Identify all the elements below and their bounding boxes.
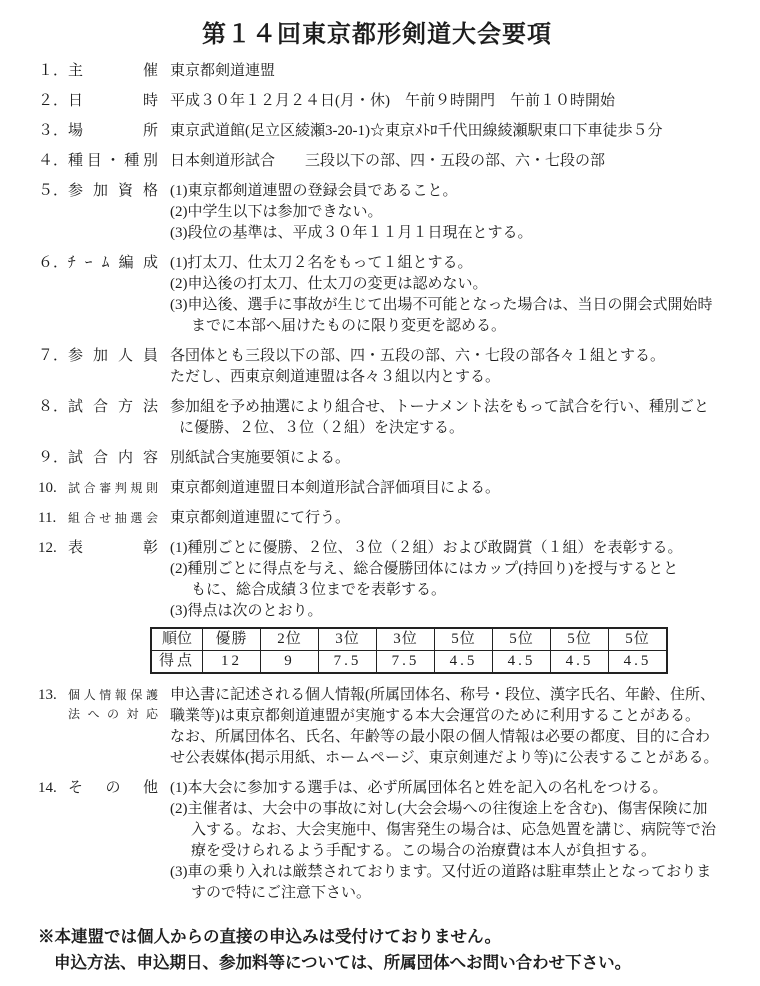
content-line: 東京都剣道連盟日本剣道形試合評価項目による。 (170, 478, 746, 499)
item-11-draw-meeting: 11. 組合せ抽選会 東京都剣道連盟にて行う。 (38, 508, 746, 529)
content-line: (3)段位の基準は、平成３０年１１月１日現在とする。 (170, 223, 746, 244)
item-label: 試合方法 (68, 397, 158, 439)
item-content: 東京武道館(足立区綾瀬3-20-1)☆東京ﾒﾄﾛ千代田線綾瀬駅東口下車徒歩５分 (170, 121, 746, 142)
content-line: もに、総合成績３位までを表彰する。 (170, 580, 746, 601)
content-line: までに本部へ届けたものに限り変更を認める。 (170, 316, 746, 337)
item-number: 12. (38, 538, 68, 676)
score-table-cell: 2位 (261, 628, 319, 651)
content-line: 職業等)は東京都剣道連盟が実施する本大会運営のために利用することがある。 (170, 706, 746, 727)
item-5-eligibility: ５． 参加資格 (1)東京都剣道連盟の登録会員であること。 (2)中学生以下は参… (38, 181, 746, 244)
item-8-match-method: ８． 試合方法 参加組を予め抽選により組合せ、トーナメント法をもって試合を行い、… (38, 397, 746, 439)
content-line: 東京武道館(足立区綾瀬3-20-1)☆東京ﾒﾄﾛ千代田線綾瀬駅東口下車徒歩５分 (170, 121, 746, 142)
score-table-cell: 得点 (151, 651, 203, 674)
content-line: (1)打太刀、仕太刀２名をもって１組とする。 (170, 253, 746, 274)
score-table-points-row: 得点 12 9 7.5 7.5 4.5 4.5 4.5 4.5 (151, 651, 667, 674)
item-label: その他 (68, 778, 158, 904)
item-content: (1)東京都剣道連盟の登録会員であること。 (2)中学生以下は参加できない。 (… (170, 181, 746, 244)
content-line: 申込書に記述される個人情報(所属団体名、称号・段位、漢字氏名、年齢、住所、 (170, 685, 746, 706)
item-content: 参加組を予め抽選により組合せ、トーナメント法をもって試合を行い、種別ごと に優勝… (170, 397, 746, 439)
item-number: 14. (38, 778, 68, 904)
score-table-cell: 順位 (151, 628, 203, 651)
item-label-line2: 法への対応 (68, 704, 158, 723)
item-label: ﾁｰﾑ編成 (68, 253, 158, 337)
item-14-other: 14. その他 (1)本大会に参加する選手は、必ず所属団体名と姓を記入の名札をつ… (38, 778, 746, 904)
item-label: 場所 (68, 121, 158, 142)
item-number: ６． (38, 253, 68, 337)
document-page: 第１４回東京都形剣道大会要項 １． 主催 東京都剣道連盟 ２． 日時 平成３０年… (0, 0, 760, 976)
content-line: (3)得点は次のとおり。 (170, 601, 746, 622)
item-13-personal-info: 13. 個人情報保護 法への対応 申込書に記述される個人情報(所属団体名、称号・… (38, 685, 746, 769)
score-table-cell: 5位 (551, 628, 609, 651)
footer-note: ※本連盟では個人からの直接の申込みは受付けておりません。 申込方法、申込期日、参… (38, 924, 746, 976)
content-line: 東京都剣道連盟にて行う。 (170, 508, 746, 529)
item-number: ８． (38, 397, 68, 439)
item-12-awards: 12. 表彰 (1)種別ごとに優勝、２位、３位（２組）および敢闘賞（１組）を表彰… (38, 538, 746, 676)
document-title: 第１４回東京都形剣道大会要項 (38, 14, 716, 49)
content-line: 入する。なお、大会実施中、傷害発生の場合は、応急処置を講じ、病院等で治 (170, 820, 746, 841)
item-content: 東京都剣道連盟にて行う。 (170, 508, 746, 529)
content-line: 参加組を予め抽選により組合せ、トーナメント法をもって試合を行い、種別ごと (170, 397, 746, 418)
item-number: ３． (38, 121, 68, 142)
item-number: ５． (38, 181, 68, 244)
item-content: (1)打太刀、仕太刀２名をもって１組とする。 (2)申込後の打太刀、仕太刀の変更… (170, 253, 746, 337)
item-3-venue: ３． 場所 東京武道館(足立区綾瀬3-20-1)☆東京ﾒﾄﾛ千代田線綾瀬駅東口下… (38, 121, 746, 142)
item-label: 表彰 (68, 538, 158, 676)
item-number: 13. (38, 685, 68, 769)
content-line: すので特にご注意下さい。 (170, 883, 746, 904)
item-number: ２． (38, 91, 68, 112)
item-2-datetime: ２． 日時 平成３０年１２月２４日(月・休) 午前９時開門 午前１０時開始 (38, 91, 746, 112)
content-line: (1)本大会に参加する選手は、必ず所属団体名と姓を記入の名札をつける。 (170, 778, 746, 799)
score-table-cell: 3位 (377, 628, 435, 651)
content-line: (1)種別ごとに優勝、２位、３位（２組）および敢闘賞（１組）を表彰する。 (170, 538, 746, 559)
score-table-cell: 4.5 (493, 651, 551, 674)
score-table-cell: 4.5 (609, 651, 668, 674)
item-number: ４． (38, 151, 68, 172)
content-line: に優勝、２位、３位（２組）を決定する。 (170, 418, 746, 439)
item-content: 申込書に記述される個人情報(所属団体名、称号・段位、漢字氏名、年齢、住所、 職業… (170, 685, 746, 769)
content-line: (2)申込後の打太刀、仕太刀の変更は認めない。 (170, 274, 746, 295)
content-line: ただし、西東京剣道連盟は各々３組以内とする。 (170, 367, 746, 388)
item-number: 11. (38, 508, 68, 529)
content-line: 東京都剣道連盟 (170, 61, 746, 82)
footer-note-line1: ※本連盟では個人からの直接の申込みは受付けておりません。 (38, 924, 746, 950)
item-content: 東京都剣道連盟 (170, 61, 746, 82)
content-line: (3)申込後、選手に事故が生じて出場不可能となった場合は、当日の開会式開始時 (170, 295, 746, 316)
content-line: なお、所属団体名、氏名、年齢等の最小限の個人情報は必要の都度、目的に合わ (170, 727, 746, 748)
content-line: (1)東京都剣道連盟の登録会員であること。 (170, 181, 746, 202)
item-content: 東京都剣道連盟日本剣道形試合評価項目による。 (170, 478, 746, 499)
item-label: 主催 (68, 61, 158, 82)
item-content: (1)種別ごとに優勝、２位、３位（２組）および敢闘賞（１組）を表彰する。 (2)… (170, 538, 746, 676)
item-label: 参加資格 (68, 181, 158, 244)
content-line: (2)中学生以下は参加できない。 (170, 202, 746, 223)
score-table-cell: 7.5 (377, 651, 435, 674)
item-content: 日本剣道形試合 三段以下の部、四・五段の部、六・七段の部 (170, 151, 746, 172)
item-content: 別紙試合実施要領による。 (170, 448, 746, 469)
content-line: (3)車の乗り入れは厳禁されております。又付近の道路は駐車禁止となっておりま (170, 862, 746, 883)
item-number: ７． (38, 346, 68, 388)
score-table-rank-row: 順位 優勝 2位 3位 3位 5位 5位 5位 5位 (151, 628, 667, 651)
score-table-cell: 5位 (609, 628, 668, 651)
item-4-event-category: ４． 種目・種別 日本剣道形試合 三段以下の部、四・五段の部、六・七段の部 (38, 151, 746, 172)
item-label: 日時 (68, 91, 158, 112)
content-line: 療を受けられるよう手配する。この場合の治療費は本人が負担する。 (170, 841, 746, 862)
item-content: 各団体とも三段以下の部、四・五段の部、六・七段の部各々１組とする。 ただし、西東… (170, 346, 746, 388)
item-label: 種目・種別 (68, 151, 158, 172)
content-line: 平成３０年１２月２４日(月・休) 午前９時開門 午前１０時開始 (170, 91, 746, 112)
item-label: 個人情報保護 法への対応 (68, 685, 158, 769)
score-table-cell: 9 (261, 651, 319, 674)
item-label: 試合内容 (68, 448, 158, 469)
score-table-cell: 7.5 (319, 651, 377, 674)
score-table-cell: 4.5 (551, 651, 609, 674)
item-10-referee-rules: 10. 試合審判規則 東京都剣道連盟日本剣道形試合評価項目による。 (38, 478, 746, 499)
item-number: １． (38, 61, 68, 82)
content-line: (2)種別ごとに得点を与え、総合優勝団体にはカップ(持回り)を授与するとと (170, 559, 746, 580)
score-table-cell: 4.5 (435, 651, 493, 674)
item-7-participants: ７． 参加人員 各団体とも三段以下の部、四・五段の部、六・七段の部各々１組とする… (38, 346, 746, 388)
footer-note-line2: 申込方法、申込期日、参加料等については、所属団体へお問い合わせ下さい。 (38, 950, 746, 976)
item-9-match-content: ９． 試合内容 別紙試合実施要領による。 (38, 448, 746, 469)
item-content: (1)本大会に参加する選手は、必ず所属団体名と姓を記入の名札をつける。 (2)主… (170, 778, 746, 904)
item-label: 組合せ抽選会 (68, 508, 158, 529)
item-number: ９． (38, 448, 68, 469)
score-table: 順位 優勝 2位 3位 3位 5位 5位 5位 5位 得点 12 9 7.5 7… (150, 627, 668, 674)
item-1-organizer: １． 主催 東京都剣道連盟 (38, 61, 746, 82)
content-line: 別紙試合実施要領による。 (170, 448, 746, 469)
score-table-cell: 5位 (493, 628, 551, 651)
content-line: 日本剣道形試合 三段以下の部、四・五段の部、六・七段の部 (170, 151, 746, 172)
score-table-cell: 3位 (319, 628, 377, 651)
score-table-cell: 優勝 (203, 628, 261, 651)
item-6-team-composition: ６． ﾁｰﾑ編成 (1)打太刀、仕太刀２名をもって１組とする。 (2)申込後の打… (38, 253, 746, 337)
item-number: 10. (38, 478, 68, 499)
content-line: (2)主催者は、大会中の事故に対し(大会会場への往復途上を含む)、傷害保険に加 (170, 799, 746, 820)
item-label: 参加人員 (68, 346, 158, 388)
item-content: 平成３０年１２月２４日(月・休) 午前９時開門 午前１０時開始 (170, 91, 746, 112)
content-line: せ公表媒体(掲示用紙、ホームページ、東京剣連だより等)に公表することがある。 (170, 748, 746, 769)
score-table-cell: 12 (203, 651, 261, 674)
score-table-cell: 5位 (435, 628, 493, 651)
item-label: 試合審判規則 (68, 478, 158, 499)
content-line: 各団体とも三段以下の部、四・五段の部、六・七段の部各々１組とする。 (170, 346, 746, 367)
